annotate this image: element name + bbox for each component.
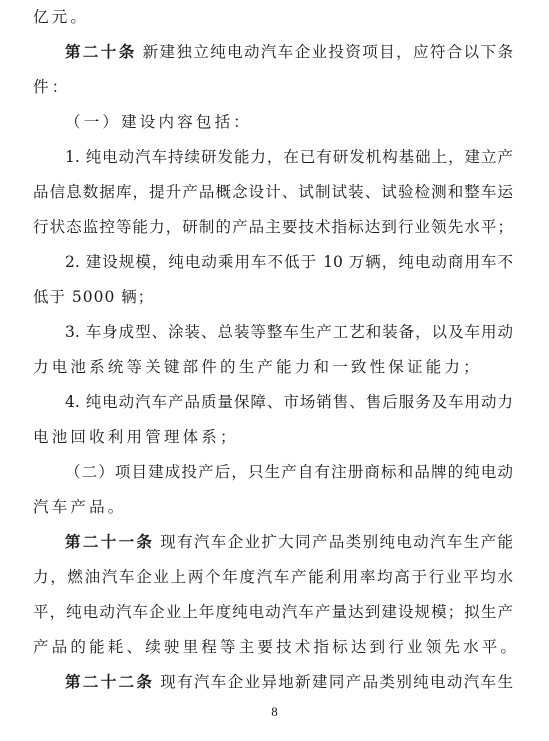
list-item-4: 4. 纯电动汽车产品质量保障、市场销售、售后服务及车用动力 [65, 385, 513, 420]
paragraph-line: 力，燃油汽车企业上两个年度汽车产能利用率均高于行业平均水 [33, 560, 513, 595]
paragraph-line: 产品的能耗、续驶里程等主要技术指标达到行业领先水平。 [33, 630, 519, 665]
paragraph-line: 行状态监控等能力，研制的产品主要技术指标达到行业领先水平； [33, 210, 513, 245]
paragraph-line: 汽车产品。 [33, 490, 127, 525]
article-text: 新建独立纯电动汽车企业投资项目，应符合以下条 [143, 43, 513, 61]
paragraph-line: 平，纯电动汽车企业上年度纯电动汽车产量达到建设规模；拟生产 [33, 595, 513, 630]
article-22-heading: 第二十二条现有汽车企业异地新建同产品类别纯电动汽车生 [65, 665, 513, 700]
paragraph-line: 件： [33, 70, 70, 105]
article-number: 第二十条 [65, 43, 137, 61]
article-number: 第二十一条 [65, 533, 154, 551]
paragraph-line: 力电池系统等关键部件的生产能力和一致性保证能力； [33, 350, 482, 385]
list-item-2: 2. 建设规模，纯电动乘用车不低于 10 万辆，纯电动商用车不 [65, 245, 513, 280]
article-text: 现有汽车企业异地新建同产品类别纯电动汽车生 [160, 673, 513, 691]
article-20-heading: 第二十条新建独立纯电动汽车企业投资项目，应符合以下条 [65, 35, 513, 70]
paragraph-line: 亿元。 [33, 0, 89, 35]
article-text: 现有汽车企业扩大同产品类别纯电动汽车生产能 [160, 533, 513, 551]
paragraph-line: 电池回收利用管理体系； [33, 420, 239, 455]
list-item-1: 1. 纯电动汽车持续研发能力，在已有研发机构基础上，建立产 [65, 140, 513, 175]
paragraph-line: 低于 5000 辆； [33, 280, 154, 315]
subsection-heading: （二）项目建成投产后，只生产自有注册商标和品牌的纯电动 [65, 455, 513, 490]
subsection-heading: （一）建设内容包括： [65, 105, 252, 140]
list-item-3: 3. 车身成型、涂装、总装等整车生产工艺和装备，以及车用动 [65, 315, 513, 350]
article-number: 第二十二条 [65, 673, 154, 691]
paragraph-line: 品信息数据库，提升产品概念设计、试制试装、试验检测和整车运 [33, 175, 513, 210]
page-number: 8 [0, 704, 549, 720]
article-21-heading: 第二十一条现有汽车企业扩大同产品类别纯电动汽车生产能 [65, 525, 513, 560]
